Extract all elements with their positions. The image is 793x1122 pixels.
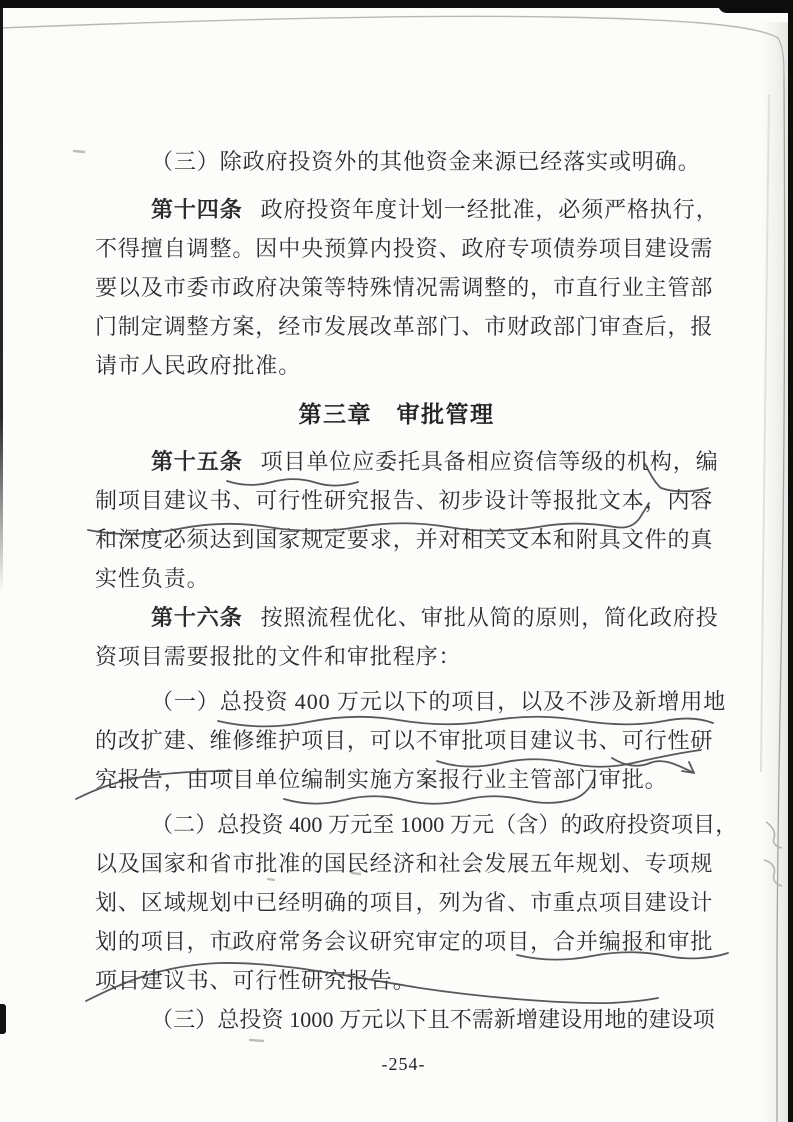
page-number: -254- [0, 1054, 793, 1075]
scan-border-left [0, 8, 3, 593]
speck [74, 151, 84, 152]
document-line: （三）总投资 1000 万元以下且不需新增建设用地的建设项 [95, 1005, 793, 1037]
document-line: （三）除政府投资外的其他资金来源已经落实或明确。 [95, 147, 793, 179]
document-line: 的改扩建、维修维护项目，可以不审批项目建议书、可行性研 [95, 726, 755, 758]
chapter-heading: 第三章 审批管理 [0, 396, 793, 429]
document-line: 请市人民政府批准。 [95, 351, 755, 383]
document-line: 划、区域规划中已经明确的项目，列为省、市重点项目建设计 [95, 888, 755, 920]
document-line: 第十四条政府投资年度计划一经批准，必须严格执行， [95, 195, 793, 227]
document-line: 门制定调整方案，经市发展改革部门、市财政部门审查后，报 [95, 312, 755, 344]
document-line: （一）总投资 400 万元以下的项目，以及不涉及新增用地 [95, 687, 793, 719]
page-edge-shadow [761, 22, 788, 1122]
document-line: 第十五条项目单位应委托具备相应资信等级的机构，编 [95, 447, 793, 479]
document-line: 划的项目，市政府常务会议研究审定的项目，合并编报和审批 [95, 927, 755, 959]
document-line: 不得擅自调整。因中央预算内投资、政府专项债券项目建设需 [95, 234, 755, 266]
scan-border-top [0, 0, 793, 8]
document-line: 资项目需要报批的文件和审批程序： [95, 642, 755, 674]
scan-border-top-right [718, 0, 793, 13]
document-line: 项目建议书、可行性研究报告。 [95, 966, 755, 998]
document-line: 制项目建议书、可行性研究报告、初步设计等报批文本，内容 [95, 486, 755, 518]
scan-smudge-left [0, 1004, 6, 1034]
underline-mark [227, 479, 358, 485]
document-line: 要以及市委市政府决策等特殊情况需调整的，市直行业主管部 [95, 273, 755, 305]
document-line: （二）总投资 400 万元至 1000 万元（含）的政府投资项目， [95, 810, 793, 842]
document-line: 究报告，由项目单位编制实施方案报行业主管部门审批。 [95, 765, 755, 797]
document-line: 第十六条按照流程优化、审批从简的原则，简化政府投 [95, 603, 793, 635]
document-line: 实性负责。 [95, 564, 755, 596]
document-line: 以及国家和省市批准的国民经济和社会发展五年规划、专项规 [95, 849, 755, 881]
document-line: 和深度必须达到国家规定要求，并对相关文本和附具文件的真 [95, 525, 755, 557]
speck [250, 1040, 263, 1041]
scanned-page: （三）除政府投资外的其他资金来源已经落实或明确。 第十四条政府投资年度计划一经批… [0, 0, 793, 1122]
